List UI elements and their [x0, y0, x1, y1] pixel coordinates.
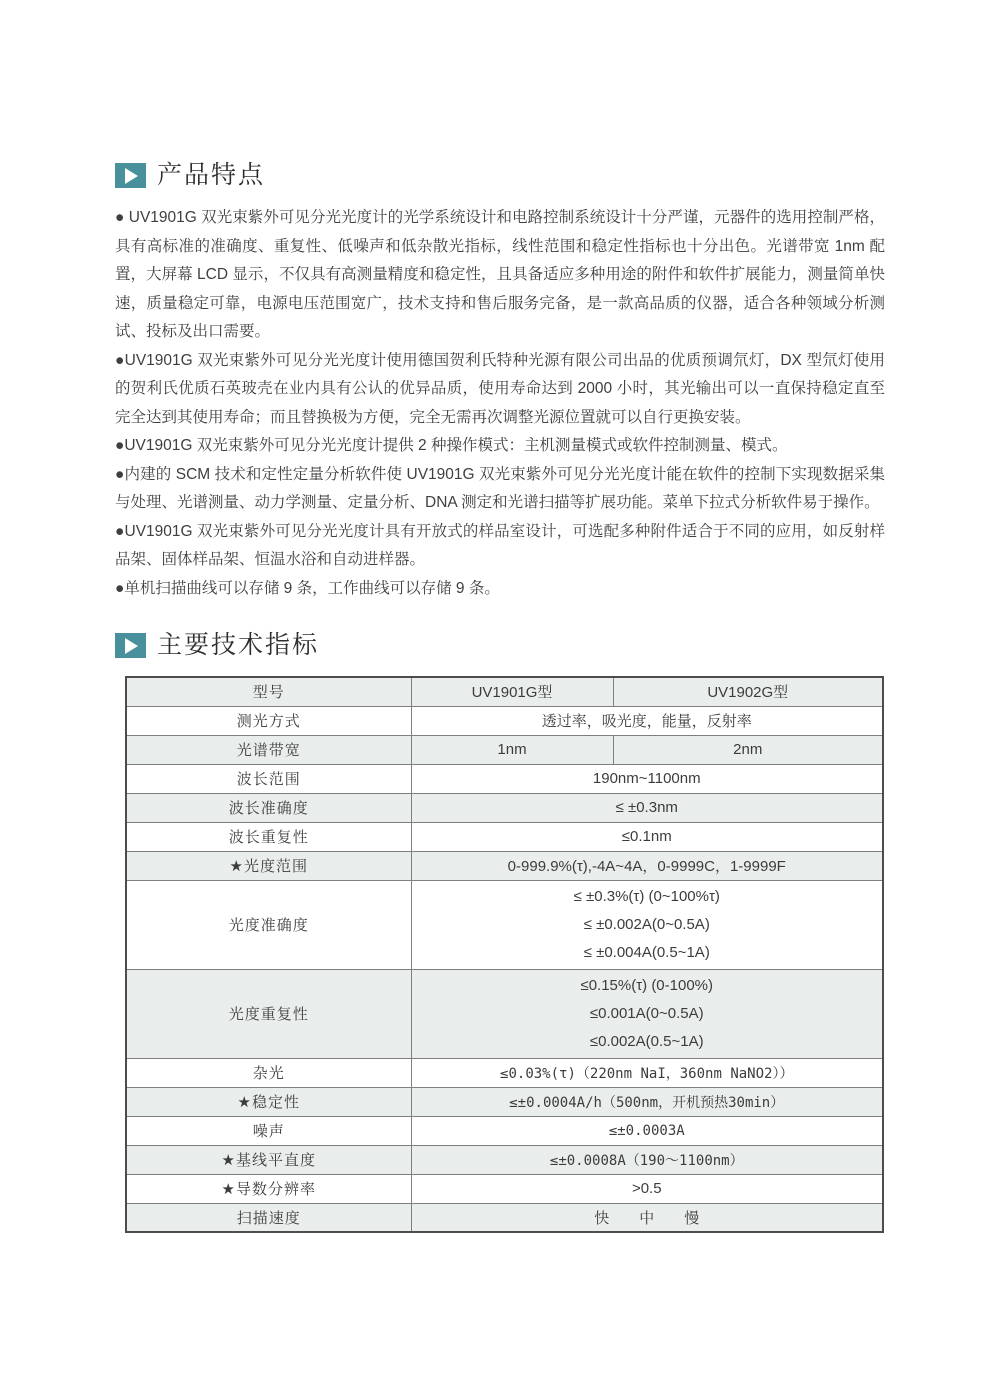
spec-row: 扫描速度快 中 慢	[126, 1203, 883, 1232]
feature-bullet: ●单机扫描曲线可以存储 9 条，工作曲线可以存储 9 条。	[115, 575, 885, 604]
feature-bullet: ●UV1901G 双光束紫外可见分光光度计使用德国贺利氏特种光源有限公司出品的优…	[115, 347, 885, 433]
document-page: 产品特点 ● UV1901G 双光束紫外可见分光光度计的光学系统设计和电路控制系…	[0, 0, 1000, 1375]
spec-row: ★基线平直度≤±0.0008A（190～1100nm）	[126, 1145, 883, 1174]
spec-value-line: ≤ ±0.002A(0~0.5A)	[418, 911, 877, 939]
feature-bullet: ●UV1901G 双光束紫外可见分光光度计提供 2 种操作模式：主机测量模式或软…	[115, 432, 885, 461]
spec-row: 光度准确度≤ ±0.3%(τ) (0~100%τ)≤ ±0.002A(0~0.5…	[126, 880, 883, 969]
spec-label: 波长准确度	[126, 793, 411, 822]
spec-row: 杂光≤0.03%(τ)（220nm NaI，360nm NaNO2））	[126, 1058, 883, 1087]
spec-row: ★导数分辨率>0.5	[126, 1174, 883, 1203]
spec-value: ≤ ±0.3nm	[411, 793, 883, 822]
spec-value: 透过率，吸光度，能量，反射率	[411, 706, 883, 735]
spec-label: ★基线平直度	[126, 1145, 411, 1174]
spec-value: ≤0.03%(τ)（220nm NaI，360nm NaNO2））	[411, 1058, 883, 1087]
feature-bullet: ●UV1901G 双光束紫外可见分光光度计具有开放式的样品室设计，可选配多种附件…	[115, 518, 885, 575]
spec-value: 2nm	[613, 735, 883, 764]
spec-table: 型号UV1901G型UV1902G型测光方式透过率，吸光度，能量，反射率光谱带宽…	[125, 676, 884, 1233]
spec-label: 光度重复性	[126, 969, 411, 1058]
spec-value: ≤±0.0003A	[411, 1116, 883, 1145]
spec-label: 光度准确度	[126, 880, 411, 969]
spec-value: UV1902G型	[613, 677, 883, 706]
spec-value: 快 中 慢	[411, 1203, 883, 1232]
spec-value: 190nm~1100nm	[411, 764, 883, 793]
spec-value: >0.5	[411, 1174, 883, 1203]
spec-row: 波长范围190nm~1100nm	[126, 764, 883, 793]
spec-row: 测光方式透过率，吸光度，能量，反射率	[126, 706, 883, 735]
triangle-icon	[125, 638, 138, 654]
spec-row: 噪声≤±0.0003A	[126, 1116, 883, 1145]
spec-value-line: ≤0.002A(0.5~1A)	[418, 1028, 877, 1056]
spec-value-line: ≤ ±0.004A(0.5~1A)	[418, 939, 877, 967]
features-section: 产品特点 ● UV1901G 双光束紫外可见分光光度计的光学系统设计和电路控制系…	[115, 163, 885, 603]
features-section-title: 产品特点	[157, 163, 265, 188]
section-arrow-icon	[115, 633, 146, 658]
spec-label: 波长重复性	[126, 822, 411, 851]
spec-value: ≤0.1nm	[411, 822, 883, 851]
spec-value-line: ≤0.001A(0~0.5A)	[418, 1000, 877, 1028]
spec-label: ★稳定性	[126, 1087, 411, 1116]
spec-label: 扫描速度	[126, 1203, 411, 1232]
spec-label: ★光度范围	[126, 851, 411, 880]
feature-bullet: ●内建的 SCM 技术和定性定量分析软件使 UV1901G 双光束紫外可见分光光…	[115, 461, 885, 518]
feature-bullet-list: ● UV1901G 双光束紫外可见分光光度计的光学系统设计和电路控制系统设计十分…	[115, 204, 885, 603]
spec-label: 测光方式	[126, 706, 411, 735]
section-arrow-icon	[115, 163, 146, 188]
spec-value: 1nm	[411, 735, 613, 764]
spec-value: ≤ ±0.3%(τ) (0~100%τ)≤ ±0.002A(0~0.5A)≤ ±…	[411, 880, 883, 969]
spec-label: 杂光	[126, 1058, 411, 1087]
spec-value: 0-999.9%(τ),-4A~4A，0-9999C，1-9999F	[411, 851, 883, 880]
spec-value: ≤±0.0008A（190～1100nm）	[411, 1145, 883, 1174]
spec-label: 噪声	[126, 1116, 411, 1145]
spec-label: ★导数分辨率	[126, 1174, 411, 1203]
spec-row: 光谱带宽1nm2nm	[126, 735, 883, 764]
spec-value-line: ≤0.15%(τ) (0-100%)	[418, 972, 877, 1000]
spec-value: ≤±0.0004A/h（500nm，开机预热30min）	[411, 1087, 883, 1116]
spec-row: 波长重复性≤0.1nm	[126, 822, 883, 851]
spec-value: UV1901G型	[411, 677, 613, 706]
spec-row: ★光度范围0-999.9%(τ),-4A~4A，0-9999C，1-9999F	[126, 851, 883, 880]
features-section-header: 产品特点	[115, 163, 885, 188]
spec-row: 光度重复性≤0.15%(τ) (0-100%)≤0.001A(0~0.5A)≤0…	[126, 969, 883, 1058]
spec-row: 波长准确度≤ ±0.3nm	[126, 793, 883, 822]
spec-value: ≤0.15%(τ) (0-100%)≤0.001A(0~0.5A)≤0.002A…	[411, 969, 883, 1058]
spec-label: 型号	[126, 677, 411, 706]
spec-row: ★稳定性≤±0.0004A/h（500nm，开机预热30min）	[126, 1087, 883, 1116]
spec-value-line: ≤ ±0.3%(τ) (0~100%τ)	[418, 883, 877, 911]
spec-label: 波长范围	[126, 764, 411, 793]
spec-row: 型号UV1901G型UV1902G型	[126, 677, 883, 706]
spec-label: 光谱带宽	[126, 735, 411, 764]
feature-bullet: ● UV1901G 双光束紫外可见分光光度计的光学系统设计和电路控制系统设计十分…	[115, 204, 885, 347]
specs-section-title: 主要技术指标	[157, 633, 319, 658]
triangle-icon	[125, 168, 138, 184]
specs-section: 主要技术指标 型号UV1901G型UV1902G型测光方式透过率，吸光度，能量，…	[115, 633, 885, 1233]
specs-section-header: 主要技术指标	[115, 633, 885, 658]
